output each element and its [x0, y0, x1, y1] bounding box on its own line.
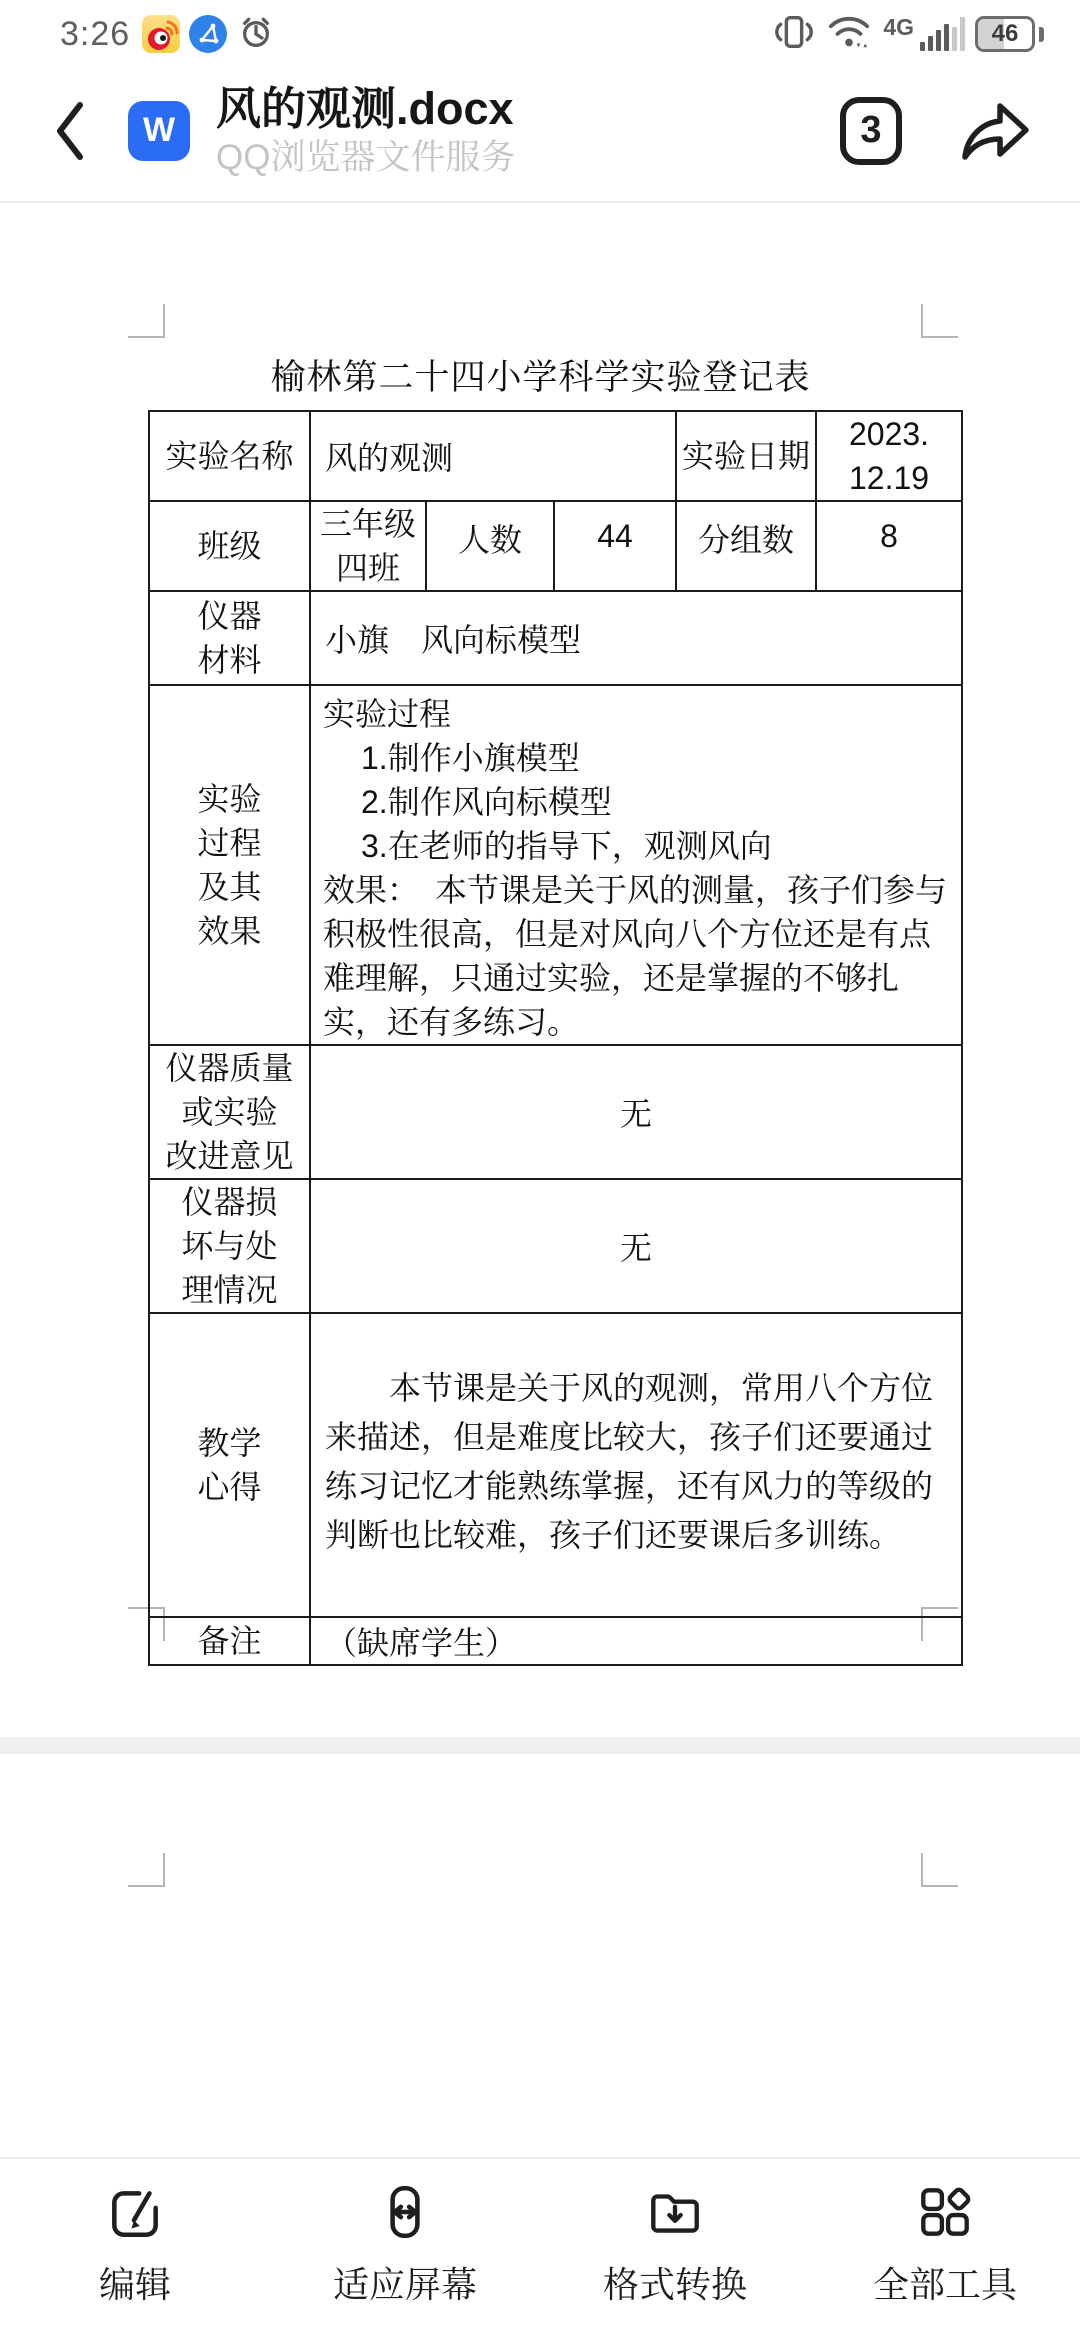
class-line2: 四班 [311, 546, 425, 590]
cell-date-value: 2023. 12.19 [816, 411, 962, 501]
word-file-icon-letter: W [143, 111, 175, 150]
cell-group-label: 分组数 [676, 501, 816, 591]
phone-screen: 3:26 [0, 0, 1080, 2340]
process-step: 1.制作小旗模型 [323, 736, 951, 780]
share-icon [958, 97, 1034, 165]
damage-label-line: 理情况 [150, 1268, 309, 1312]
edit-icon [104, 2181, 166, 2243]
table-row: 实验名称 风的观测 实验日期 2023. 12.19 [149, 411, 962, 501]
materials-label-line2: 材料 [150, 638, 309, 682]
browser-notification-icon [189, 15, 227, 53]
process-step: 2.制作风向标模型 [323, 780, 951, 824]
alarm-notification-icon [236, 12, 276, 57]
reflection-label-line: 教学 [150, 1421, 309, 1465]
cell-materials-value: 小旗 风向标模型 [310, 591, 962, 685]
document-viewer[interactable]: 榆林第二十四小学科学实验登记表 实验名称 风的观测 实验日期 2023. 12.… [0, 203, 1080, 2157]
page2-top-right-mark [921, 1853, 958, 1887]
reflection-label-line: 心得 [150, 1465, 309, 1509]
format-convert-icon [644, 2181, 706, 2243]
tab-counter-button[interactable]: 3 [840, 97, 902, 165]
system-status-icons: 4G 46 [773, 11, 1044, 58]
page1-top-right-mark [921, 304, 958, 338]
cell-remarks-value: （缺席学生） [310, 1617, 962, 1665]
fit-screen-icon [374, 2181, 436, 2243]
cell-experiment-name-value: 风的观测 [310, 411, 676, 501]
process-label-line: 实验 [150, 777, 309, 821]
process-effect: 效果： 本节课是关于风的测量，孩子们参与积极性很高，但是对风向八个方位还是有点难… [323, 868, 951, 1044]
cell-quality-label: 仪器质量 或实验 改进意见 [149, 1045, 310, 1179]
word-file-icon: W [128, 101, 190, 161]
fit-screen-button[interactable]: 适应屏幕 [270, 2181, 540, 2340]
battery-percent: 46 [992, 20, 1019, 48]
back-button[interactable] [50, 96, 96, 166]
cell-group-value: 8 [816, 501, 962, 591]
all-tools-button[interactable]: 全部工具 [810, 2181, 1080, 2340]
cell-class-value: 三年级 四班 [310, 501, 426, 591]
format-convert-button[interactable]: 格式转换 [540, 2181, 810, 2340]
cell-experiment-name-label: 实验名称 [149, 411, 310, 501]
all-tools-label: 全部工具 [873, 2257, 1017, 2308]
table-row: 仪器损 坏与处 理情况 无 [149, 1179, 962, 1313]
battery-icon: 46 [975, 16, 1035, 52]
process-label-line: 效果 [150, 909, 309, 953]
doc-header: W 风的观测.docx QQ浏览器文件服务 3 [0, 60, 1080, 203]
cell-reflection-label: 教学 心得 [149, 1313, 310, 1617]
class-line1: 三年级 [311, 502, 425, 546]
process-title: 实验过程 [323, 692, 951, 736]
table-row: 班级 三年级 四班 人数 44 分组数 8 [149, 501, 962, 591]
cell-damage-label: 仪器损 坏与处 理情况 [149, 1179, 310, 1313]
edit-label: 编辑 [99, 2257, 171, 2308]
cell-people-value: 44 [554, 501, 676, 591]
materials-label-line1: 仪器 [150, 594, 309, 638]
quality-label-line: 改进意见 [150, 1134, 309, 1178]
wifi-icon [825, 11, 873, 58]
cell-materials-label: 仪器 材料 [149, 591, 310, 685]
cell-class-label: 班级 [149, 501, 310, 591]
battery-tip [1039, 27, 1044, 42]
table-row: 备注 （缺席学生） [149, 1617, 962, 1665]
format-convert-label: 格式转换 [603, 2257, 747, 2308]
process-label-line: 过程 [150, 821, 309, 865]
process-label-line: 及其 [150, 865, 309, 909]
cell-date-label: 实验日期 [676, 411, 816, 501]
quality-label-line: 仪器质量 [150, 1046, 309, 1090]
table-row: 实验 过程 及其 效果 实验过程 1.制作小旗模型 2.制作风向标模型 3.在老… [149, 685, 962, 1045]
bottom-toolbar: 编辑 适应屏幕 格式转换 [0, 2157, 1080, 2340]
table-row: 教学 心得 本节课是关于风的观测，常用八个方位来描述，但是难度比较大，孩子们还要… [149, 1313, 962, 1617]
cell-reflection-value: 本节课是关于风的观测，常用八个方位来描述，但是难度比较大，孩子们还要通过练习记忆… [310, 1313, 962, 1617]
clock-time: 3:26 [60, 15, 130, 54]
doc-filename: 风的观测.docx [216, 83, 840, 135]
fit-screen-label: 适应屏幕 [333, 2257, 477, 2308]
date-line1: 2023. [817, 412, 961, 456]
table-row: 仪器质量 或实验 改进意见 无 [149, 1045, 962, 1179]
damage-label-line: 坏与处 [150, 1224, 309, 1268]
doc-title-block: 风的观测.docx QQ浏览器文件服务 [216, 83, 840, 179]
page-separator [0, 1737, 1080, 1754]
network-type-label: 4G [883, 14, 914, 41]
table-row: 仪器 材料 小旗 风向标模型 [149, 591, 962, 685]
weibo-notification-icon [142, 15, 180, 53]
quality-label-line: 或实验 [150, 1090, 309, 1134]
cell-process-label: 实验 过程 及其 效果 [149, 685, 310, 1045]
process-step: 3.在老师的指导下，观测风向 [323, 824, 951, 868]
damage-label-line: 仪器损 [150, 1180, 309, 1224]
page1-top-left-mark [128, 304, 165, 338]
share-button[interactable] [958, 96, 1034, 166]
doc-source-label: QQ浏览器文件服务 [216, 137, 840, 179]
form-title: 榆林第二十四小学科学实验登记表 [134, 350, 947, 400]
status-bar: 3:26 [0, 0, 1080, 60]
tab-count: 3 [860, 109, 881, 152]
cell-process-value: 实验过程 1.制作小旗模型 2.制作风向标模型 3.在老师的指导下，观测风向 效… [310, 685, 962, 1045]
date-line2: 12.19 [817, 456, 961, 500]
cell-damage-value: 无 [310, 1179, 962, 1313]
signal-bars-icon [920, 17, 965, 51]
experiment-form-table: 实验名称 风的观测 实验日期 2023. 12.19 班级 三年级 四班 人数 … [148, 410, 963, 1666]
edit-button[interactable]: 编辑 [0, 2181, 270, 2340]
cell-people-label: 人数 [426, 501, 554, 591]
cell-remarks-label: 备注 [149, 1617, 310, 1665]
page2-top-left-mark [128, 1853, 165, 1887]
cell-quality-value: 无 [310, 1045, 962, 1179]
all-tools-icon [914, 2181, 976, 2243]
notification-icons [142, 12, 276, 57]
vibrate-icon [773, 11, 815, 58]
